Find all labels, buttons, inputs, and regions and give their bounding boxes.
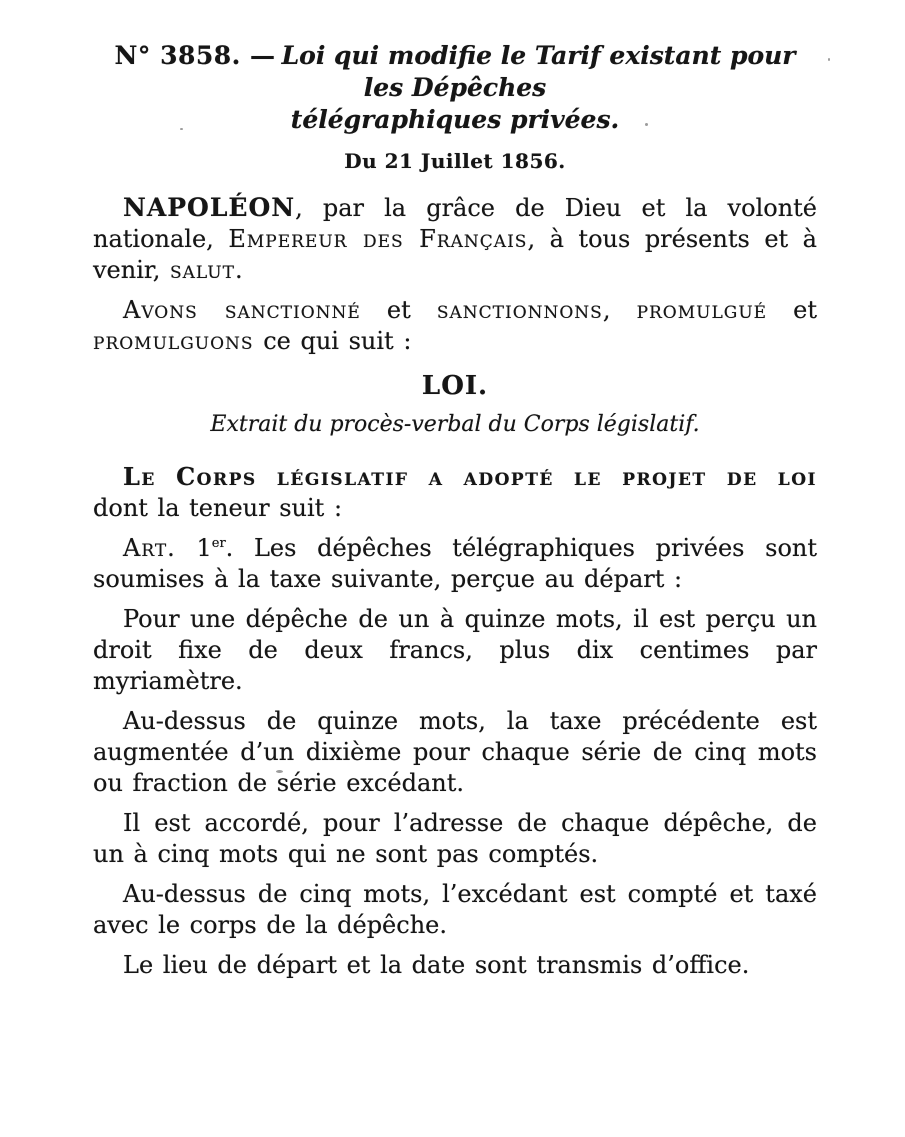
scan-speck <box>276 770 283 773</box>
preamble-paragraph-napoleon: NAPOLÉON, par la grâce de Dieu et la vol… <box>93 192 817 286</box>
text-segment: dont la teneur suit : <box>93 494 342 522</box>
text-block: N° 3858. —Loi qui modifie le Tarif exist… <box>93 40 817 981</box>
promulguons-smallcaps: promulguons <box>93 327 254 355</box>
scan-speck <box>740 756 742 760</box>
empereur-smallcaps: Empereur des Français <box>228 225 527 253</box>
law-title-line1: Loi qui modifie le Tarif existant pour l… <box>282 41 796 102</box>
preamble-paragraph-sanction: Avons sanctionné et sanctionnons, promul… <box>93 295 817 357</box>
law-date: Du 21 Juillet 1856. <box>93 148 817 174</box>
article-1-paragraph: Art. 1er. Les dépêches télégraphiques pr… <box>93 533 817 595</box>
corps-legislatif-smallcaps: Le Corps législatif a adopté le projet d… <box>123 462 817 491</box>
text-segment: et <box>361 296 437 324</box>
scanned-document-page: N° 3858. —Loi qui modifie le Tarif exist… <box>0 0 905 1137</box>
article-label: Art. <box>123 534 176 562</box>
text-segment: , <box>603 296 637 324</box>
sanctionne-smallcaps: Avons sanctionné <box>123 296 361 324</box>
body-paragraph-tariff: Pour une dépêche de un à quinze mots, il… <box>93 604 817 697</box>
salut-smallcaps: salut <box>170 256 235 284</box>
scan-speck <box>645 123 648 126</box>
napoleon-name: NAPOLÉON <box>123 193 295 222</box>
text-segment: et <box>767 296 817 324</box>
scan-speck <box>828 58 830 61</box>
body-paragraph-surcharge: Au-dessus de quinze mots, la taxe précéd… <box>93 706 817 799</box>
extrait-subtitle: Extrait du procès-verbal du Corps législ… <box>93 411 817 439</box>
sanctionnons-smallcaps: sanctionnons <box>437 296 603 324</box>
article-number: 1 <box>176 534 212 562</box>
article-ordinal-superscript: er <box>212 536 226 551</box>
loi-heading: LOI. <box>93 371 817 401</box>
law-title-line2: télégraphiques privées. <box>291 105 619 134</box>
adoption-paragraph: Le Corps législatif a adopté le projet d… <box>93 461 817 524</box>
law-number: N° 3858. — <box>115 41 276 70</box>
body-paragraph-address: Il est accordé, pour l’adresse de chaque… <box>93 808 817 870</box>
body-paragraph-origin-date: Le lieu de départ et la date sont transm… <box>93 950 817 981</box>
promulgue-smallcaps: promulgué <box>637 296 768 324</box>
text-segment: . <box>235 256 243 284</box>
scan-speck <box>180 128 183 130</box>
law-title: N° 3858. —Loi qui modifie le Tarif exist… <box>93 40 817 136</box>
body-paragraph-excess: Au-dessus de cinq mots, l’excédant est c… <box>93 879 817 941</box>
text-segment: ce qui suit : <box>254 327 412 355</box>
